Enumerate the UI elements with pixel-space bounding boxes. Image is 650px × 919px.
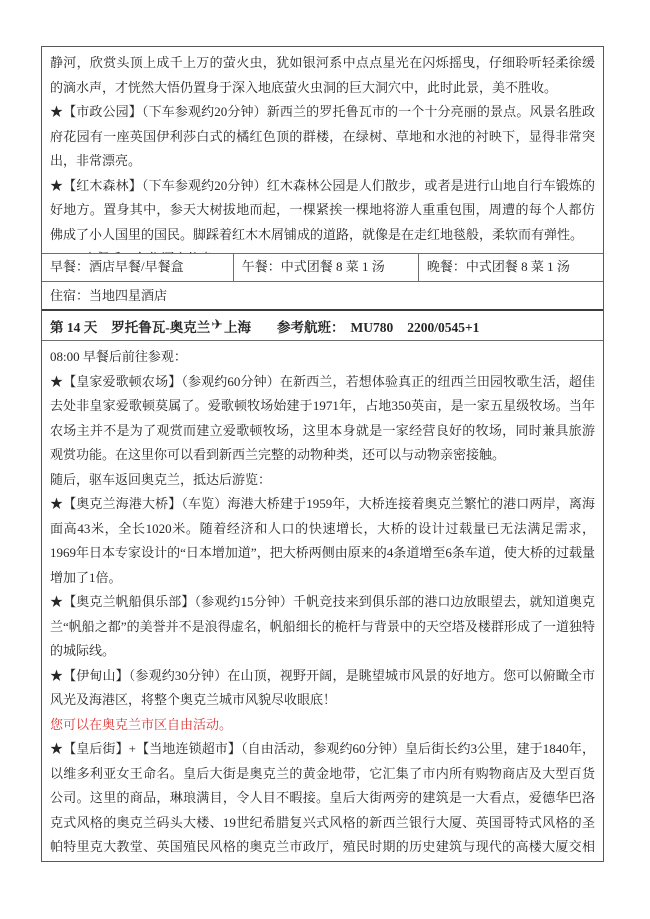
day13-description-cell: 静河，欣赏头顶上成千上万的萤火虫，犹如银河系中点点星光在闪烁摇曳，仔细聆听轻柔徐…	[42, 47, 603, 253]
paragraph-yacht-club: ★【奥克兰帆船俱乐部】（参观约15分钟）千帆竞技来到俱乐部的港口边放眼望去，就知…	[50, 590, 595, 664]
flight-label: 参考航班：	[277, 320, 345, 335]
paragraph-redwood-forest: ★【红木森林】（下车参观约20分钟）红木森林公园是人们散步，或者是进行山地自行车…	[50, 174, 595, 248]
flight-time: 2200/0545+1	[407, 320, 479, 335]
itinerary-table: 静河，欣赏头顶上成千上万的萤火虫，犹如银河系中点点星光在闪烁摇曳，仔细聆听轻柔徐…	[41, 46, 604, 862]
reference-flight: 参考航班：MU7802200/0545+1	[277, 316, 479, 336]
breakfast-cell: 早餐：酒店早餐/早餐盒	[42, 254, 233, 281]
paragraph-morning-schedule: 08:00 早餐后前往参观：	[50, 345, 595, 370]
route-to: 上海	[224, 316, 251, 336]
document-page: 静河，欣赏头顶上成千上万的萤火虫，犹如银河系中点点星光在闪烁摇曳，仔细聆听轻柔徐…	[0, 0, 650, 919]
paragraph-agrodome-farm: ★【皇家爱歌顿农场】（参观约60分钟）在新西兰，若想体验真正的纽西兰田园牧歌生活…	[50, 370, 595, 468]
paragraph-queen-street: ★【皇后街】+【当地连锁超市】（自由活动，参观约60分钟）皇后街长约3公里，建于…	[50, 737, 595, 861]
free-activity-note: 您可以在奥克兰市区自由活动。	[50, 713, 595, 738]
day-number-label: 第 14 天	[50, 316, 97, 336]
lodging-row: 住宿：当地四星酒店	[42, 281, 603, 309]
meals-row: 早餐：酒店早餐/早餐盒 午餐：中式团餐 8 菜 1 汤 晚餐：中式团餐 8 菜 …	[42, 253, 603, 281]
paragraph-glowworm-cave: 静河，欣赏头顶上成千上万的萤火虫，犹如银河系中点点星光在闪烁摇曳，仔细聆听轻柔徐…	[50, 51, 595, 100]
day14-description-cell: 08:00 早餐后前往参观： ★【皇家爱歌顿农场】（参观约60分钟）在新西兰，若…	[42, 341, 603, 861]
paragraph-mount-eden: ★【伊甸山】（参观约30分钟）在山顶，视野开阔，是眺望城市风景的好地方。您可以俯…	[50, 664, 595, 713]
day14-header-row: 第 14 天 罗托鲁瓦-奥克兰 ✈ 上海 参考航班：MU7802200/0545…	[42, 309, 603, 341]
flight-number: MU780	[350, 320, 393, 335]
paragraph-harbour-bridge: ★【奥克兰海港大桥】（车览）海港大桥建于1959年，大桥连接着奥克兰繁忙的港口两…	[50, 492, 595, 590]
lunch-cell: 午餐：中式团餐 8 菜 1 汤	[233, 254, 418, 281]
airplane-icon: ✈	[211, 317, 223, 334]
paragraph-drive-to-auckland: 随后，驱车返回奥克兰，抵达后游览：	[50, 468, 595, 493]
route-from: 罗托鲁瓦-奥克兰	[111, 316, 210, 336]
dinner-cell: 晚餐：中式团餐 8 菜 1 汤	[418, 254, 603, 281]
paragraph-government-gardens: ★【市政公园】（下车参观约20分钟）新西兰的罗托鲁瓦市的一个十分亮丽的景点。风景…	[50, 100, 595, 174]
route-label: 罗托鲁瓦-奥克兰 ✈ 上海	[111, 316, 251, 336]
